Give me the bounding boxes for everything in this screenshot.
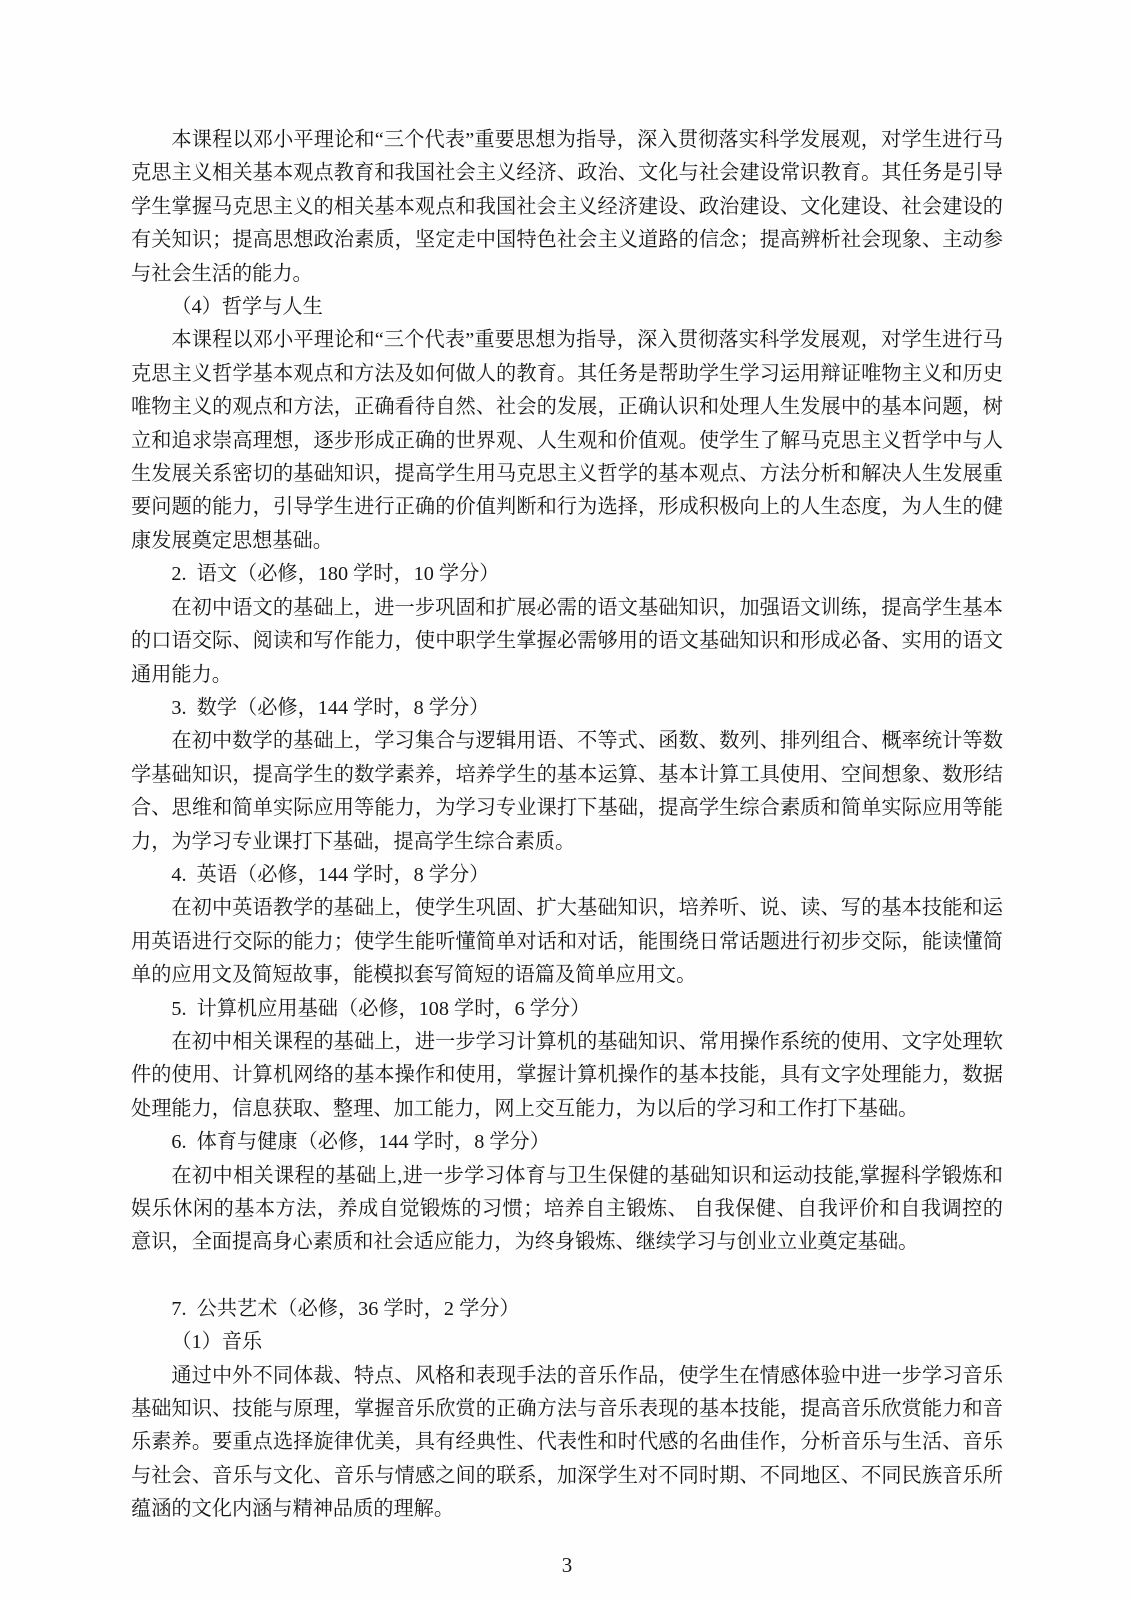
page-number: 3: [131, 1553, 1003, 1578]
paragraph-politics-intro: 本课程以邓小平理论和“三个代表”重要思想为指导，深入贯彻落实科学发展观，对学生进…: [131, 124, 1003, 291]
heading-english: 4. 英语（必修，144 学时，8 学分）: [131, 859, 1003, 892]
heading-math: 3. 数学（必修，144 学时，8 学分）: [131, 692, 1003, 725]
paragraph-chinese: 在初中语文的基础上，进一步巩固和扩展必需的语文基础知识，加强语文训练，提高学生基…: [131, 592, 1003, 692]
heading-pe-health: 6. 体育与健康（必修，144 学时，8 学分）: [131, 1126, 1003, 1159]
heading-public-art: 7. 公共艺术（必修，36 学时，2 学分）: [131, 1293, 1003, 1326]
text-column: 本课程以邓小平理论和“三个代表”重要思想为指导，深入贯彻落实科学发展观，对学生进…: [131, 124, 1003, 1578]
paragraph-math: 在初中数学的基础上，学习集合与逻辑用语、不等式、函数、数列、排列组合、概率统计等…: [131, 725, 1003, 859]
paragraph-english: 在初中英语教学的基础上，使学生巩固、扩大基础知识，培养听、说、读、写的基本技能和…: [131, 892, 1003, 992]
heading-philosophy-life: （4）哲学与人生: [131, 291, 1003, 324]
heading-computer-basics: 5. 计算机应用基础（必修，108 学时，6 学分）: [131, 993, 1003, 1026]
document-page: 本课程以邓小平理论和“三个代表”重要思想为指导，深入贯彻落实科学发展观，对学生进…: [0, 0, 1131, 1600]
paragraph-philosophy-life: 本课程以邓小平理论和“三个代表”重要思想为指导，深入贯彻落实科学发展观，对学生进…: [131, 324, 1003, 558]
paragraph-music: 通过中外不同体裁、特点、风格和表现手法的音乐作品，使学生在情感体验中进一步学习音…: [131, 1360, 1003, 1527]
paragraph-pe-health: 在初中相关课程的基础上,进一步学习体育与卫生保健的基础知识和运动技能,掌握科学锻…: [131, 1160, 1003, 1260]
heading-music: （1）音乐: [131, 1326, 1003, 1359]
heading-chinese: 2. 语文（必修，180 学时，10 学分）: [131, 558, 1003, 591]
paragraph-computer-basics: 在初中相关课程的基础上，进一步学习计算机的基础知识、常用操作系统的使用、文字处理…: [131, 1026, 1003, 1126]
